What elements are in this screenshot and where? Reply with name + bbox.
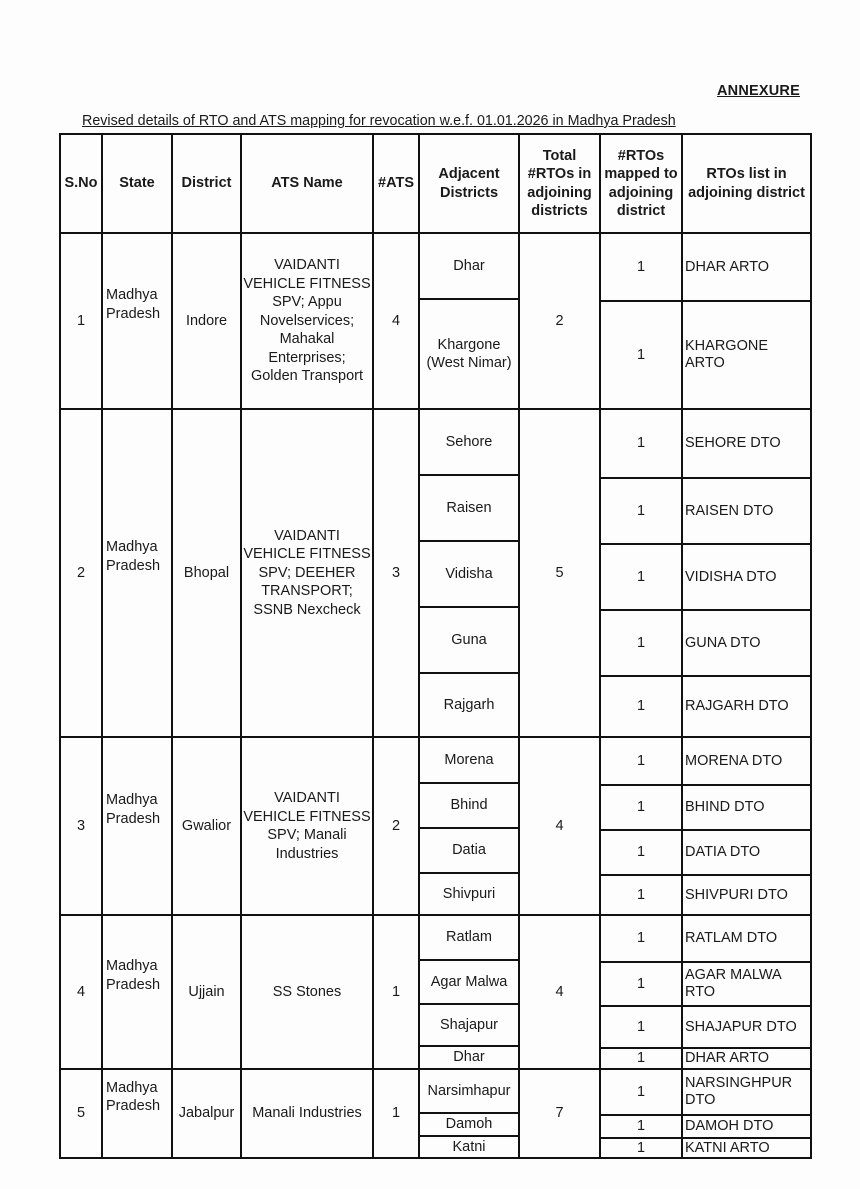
rto-list-entry: VIDISHA DTO xyxy=(683,545,810,609)
rto-list-entry-text: DHAR ARTO xyxy=(685,259,769,276)
table-rule xyxy=(171,133,173,1159)
rtos-mapped-count-text: 1 xyxy=(637,752,645,771)
table-rule xyxy=(418,298,520,300)
rtos-mapped-count-text: 1 xyxy=(637,843,645,862)
table-rule xyxy=(418,782,520,784)
table-rule xyxy=(599,477,812,479)
adjacent-district: Morena xyxy=(420,738,518,782)
rto-list-entry: MORENA DTO xyxy=(683,738,810,784)
row-total-rtos: 4 xyxy=(520,916,599,1068)
header-ats-count-text: #ATS xyxy=(378,174,414,193)
header-adjacent-districts: Adjacent Districts xyxy=(420,135,518,232)
adjacent-district: Damoh xyxy=(420,1114,518,1135)
rto-list-entry: BHIND DTO xyxy=(683,786,810,829)
rto-list-entry: KHARGONE ARTO xyxy=(683,302,810,408)
row-sno: 5 xyxy=(61,1070,101,1157)
table-rule xyxy=(599,1005,812,1007)
table-rule xyxy=(418,1003,520,1005)
row-state: Madhya Pradesh xyxy=(103,1070,171,1157)
table-rule xyxy=(418,827,520,829)
header-rtos-mapped-text: #RTOs mapped to adjoining district xyxy=(602,147,680,221)
rtos-mapped-count-text: 1 xyxy=(637,697,645,716)
adjacent-district-text: Raisen xyxy=(446,499,491,518)
rto-list-entry-text: GUNA DTO xyxy=(685,635,760,652)
row-ats-count: 3 xyxy=(374,410,418,736)
row-total-rtos: 5 xyxy=(520,410,599,736)
rtos-mapped-count-text: 1 xyxy=(637,1083,645,1102)
rto-list-entry: KATNI ARTO xyxy=(683,1139,810,1157)
row-ats-name: VAIDANTI VEHICLE FITNESS SPV; Manali Ind… xyxy=(242,738,372,914)
table-rule xyxy=(599,961,812,963)
adjacent-district: Khargone (West Nimar) xyxy=(420,300,518,408)
rtos-mapped-count: 1 xyxy=(601,1007,681,1047)
rto-list-entry-text: BHIND DTO xyxy=(685,799,765,816)
adjacent-district: Shajapur xyxy=(420,1005,518,1045)
adjacent-district: Ratlam xyxy=(420,916,518,959)
adjacent-district-text: Dhar xyxy=(453,1049,484,1066)
rtos-mapped-count: 1 xyxy=(601,786,681,829)
header-state: State xyxy=(103,135,171,232)
rto-list-entry-text: KHARGONE ARTO xyxy=(685,338,809,372)
table-rule xyxy=(599,829,812,831)
rto-list-entry-text: SHAJAPUR DTO xyxy=(685,1019,797,1036)
rtos-mapped-count-text: 1 xyxy=(637,975,645,994)
adjacent-district: Katni xyxy=(420,1137,518,1157)
row-sno-text: 4 xyxy=(77,983,85,1002)
table-rule xyxy=(599,1114,812,1116)
rto-list-entry: RAISEN DTO xyxy=(683,479,810,543)
adjacent-district-text: Datia xyxy=(452,841,486,860)
rtos-mapped-count: 1 xyxy=(601,1139,681,1157)
row-ats-name-text: VAIDANTI VEHICLE FITNESS SPV; Appu Novel… xyxy=(243,256,371,386)
row-district-text: Gwalior xyxy=(182,817,231,836)
row-ats-count: 2 xyxy=(374,738,418,914)
row-district: Bhopal xyxy=(173,410,240,736)
header-ats-count: #ATS xyxy=(374,135,418,232)
rto-list-entry: DAMOH DTO xyxy=(683,1116,810,1137)
table-rule xyxy=(599,543,812,545)
adjacent-district-text: Katni xyxy=(452,1139,485,1156)
rto-list-entry-text: KATNI ARTO xyxy=(685,1140,770,1157)
rto-list-entry-text: DHAR ARTO xyxy=(685,1050,769,1067)
row-ats-count: 1 xyxy=(374,916,418,1068)
adjacent-district-text: Agar Malwa xyxy=(431,973,508,992)
rtos-mapped-count: 1 xyxy=(601,831,681,874)
rtos-mapped-count: 1 xyxy=(601,677,681,736)
table-rule xyxy=(599,1137,812,1139)
row-district: Jabalpur xyxy=(173,1070,240,1157)
adjacent-district-text: Guna xyxy=(451,631,486,650)
rto-list-entry-text: SEHORE DTO xyxy=(685,435,781,452)
adjacent-district: Narsimhapur xyxy=(420,1070,518,1112)
rtos-mapped-count: 1 xyxy=(601,876,681,914)
table-rule xyxy=(418,133,420,1159)
rtos-mapped-count: 1 xyxy=(601,963,681,1005)
rto-list-entry: AGAR MALWA RTO xyxy=(683,963,810,1005)
header-adjacent-districts-text: Adjacent Districts xyxy=(421,165,517,202)
row-state-text: Madhya Pradesh xyxy=(106,286,170,323)
rto-list-entry-text: RATLAM DTO xyxy=(685,930,777,947)
row-district: Gwalior xyxy=(173,738,240,914)
row-total-rtos-text: 4 xyxy=(555,817,563,836)
table-rule xyxy=(599,1047,812,1049)
row-sno: 2 xyxy=(61,410,101,736)
table-rule xyxy=(810,133,812,1159)
adjacent-district-text: Damoh xyxy=(446,1116,493,1133)
rtos-mapped-count-text: 1 xyxy=(637,1118,645,1135)
rto-list-entry: SHIVPURI DTO xyxy=(683,876,810,914)
table-rule xyxy=(418,959,520,961)
header-rto-list-text: RTOs list in adjoining district xyxy=(684,165,809,202)
table-rule xyxy=(418,1112,520,1114)
row-ats-name: Manali Industries xyxy=(242,1070,372,1157)
row-state: Madhya Pradesh xyxy=(103,234,171,408)
adjacent-district: Bhind xyxy=(420,784,518,827)
header-rto-list: RTOs list in adjoining district xyxy=(683,135,810,232)
row-ats-name-text: SS Stones xyxy=(273,983,342,1002)
rtos-mapped-count-text: 1 xyxy=(637,1018,645,1037)
table-rule xyxy=(599,609,812,611)
table-rule xyxy=(681,133,683,1159)
rtos-mapped-count: 1 xyxy=(601,1116,681,1137)
table-rule xyxy=(240,133,242,1159)
table-rule xyxy=(418,1045,520,1047)
row-state: Madhya Pradesh xyxy=(103,410,171,736)
table-rule xyxy=(418,872,520,874)
row-district: Indore xyxy=(173,234,240,408)
row-district-text: Ujjain xyxy=(188,983,224,1002)
row-ats-name-text: VAIDANTI VEHICLE FITNESS SPV; DEEHER TRA… xyxy=(243,527,371,620)
row-total-rtos: 7 xyxy=(520,1070,599,1157)
row-ats-name: VAIDANTI VEHICLE FITNESS SPV; DEEHER TRA… xyxy=(242,410,372,736)
rto-list-entry: SHAJAPUR DTO xyxy=(683,1007,810,1047)
table-rule xyxy=(418,672,520,674)
rto-list-entry-text: RAJGARH DTO xyxy=(685,698,789,715)
table-rule xyxy=(599,300,812,302)
table-rule xyxy=(101,133,103,1159)
row-ats-name: VAIDANTI VEHICLE FITNESS SPV; Appu Novel… xyxy=(242,234,372,408)
rtos-mapped-count-text: 1 xyxy=(637,346,645,365)
row-ats-count-text: 1 xyxy=(392,983,400,1002)
adjacent-district-text: Dhar xyxy=(453,257,484,276)
row-ats-count: 1 xyxy=(374,1070,418,1157)
table-rule xyxy=(418,474,520,476)
row-total-rtos: 2 xyxy=(520,234,599,408)
row-district-text: Jabalpur xyxy=(179,1104,235,1123)
rto-list-entry-text: DATIA DTO xyxy=(685,844,760,861)
header-total-rtos: Total #RTOs in adjoining districts xyxy=(520,135,599,232)
table-rule xyxy=(599,784,812,786)
rto-list-entry: RATLAM DTO xyxy=(683,916,810,961)
header-ats-name: ATS Name xyxy=(242,135,372,232)
adjacent-district: Sehore xyxy=(420,410,518,474)
rto-list-entry: DHAR ARTO xyxy=(683,234,810,300)
row-ats-count-text: 2 xyxy=(392,817,400,836)
row-state: Madhya Pradesh xyxy=(103,738,171,914)
row-ats-name-text: VAIDANTI VEHICLE FITNESS SPV; Manali Ind… xyxy=(243,789,371,863)
table-rule xyxy=(599,874,812,876)
header-state-text: State xyxy=(119,174,154,193)
row-ats-count-text: 4 xyxy=(392,312,400,331)
row-sno: 4 xyxy=(61,916,101,1068)
rto-list-entry: RAJGARH DTO xyxy=(683,677,810,736)
row-sno-text: 2 xyxy=(77,564,85,583)
adjacent-district-text: Shivpuri xyxy=(443,885,495,904)
header-district-text: District xyxy=(182,174,232,193)
row-total-rtos-text: 7 xyxy=(555,1104,563,1123)
rto-list-entry-text: VIDISHA DTO xyxy=(685,569,777,586)
row-ats-count-text: 3 xyxy=(392,564,400,583)
rtos-mapped-count: 1 xyxy=(601,302,681,408)
adjacent-district-text: Khargone (West Nimar) xyxy=(421,336,517,373)
table-rule xyxy=(518,133,520,1159)
rtos-mapped-count-text: 1 xyxy=(637,929,645,948)
rto-list-entry-text: RAISEN DTO xyxy=(685,503,773,520)
row-state-text: Madhya Pradesh xyxy=(106,957,170,994)
table-rule xyxy=(418,606,520,608)
rtos-mapped-count: 1 xyxy=(601,1070,681,1114)
adjacent-district: Raisen xyxy=(420,476,518,540)
rtos-mapped-count-text: 1 xyxy=(637,434,645,453)
rto-list-entry-text: MORENA DTO xyxy=(685,753,782,770)
row-ats-name-text: Manali Industries xyxy=(252,1104,362,1123)
row-ats-count: 4 xyxy=(374,234,418,408)
adjacent-district: Datia xyxy=(420,829,518,872)
rtos-mapped-count: 1 xyxy=(601,611,681,675)
rto-list-entry: GUNA DTO xyxy=(683,611,810,675)
rto-list-entry-text: NARSINGHPUR DTO xyxy=(685,1075,809,1109)
rto-list-entry: DATIA DTO xyxy=(683,831,810,874)
rtos-mapped-count-text: 1 xyxy=(637,634,645,653)
row-district-text: Bhopal xyxy=(184,564,229,583)
rtos-mapped-count-text: 1 xyxy=(637,502,645,521)
rtos-mapped-count-text: 1 xyxy=(637,1140,645,1157)
row-sno-text: 5 xyxy=(77,1104,85,1123)
rtos-mapped-count: 1 xyxy=(601,410,681,477)
adjacent-district: Rajgarh xyxy=(420,674,518,736)
rtos-mapped-count-text: 1 xyxy=(637,798,645,817)
rtos-mapped-count: 1 xyxy=(601,545,681,609)
adjacent-district: Vidisha xyxy=(420,542,518,606)
row-sno-text: 1 xyxy=(77,312,85,331)
row-total-rtos: 4 xyxy=(520,738,599,914)
row-sno-text: 3 xyxy=(77,817,85,836)
adjacent-district-text: Vidisha xyxy=(445,565,492,584)
row-sno: 3 xyxy=(61,738,101,914)
rto-list-entry-text: AGAR MALWA RTO xyxy=(685,967,809,1001)
rto-list-entry-text: DAMOH DTO xyxy=(685,1118,773,1135)
header-sno-text: S.No xyxy=(64,174,97,193)
row-sno: 1 xyxy=(61,234,101,408)
adjacent-district-text: Sehore xyxy=(446,433,493,452)
adjacent-district-text: Rajgarh xyxy=(444,696,495,715)
adjacent-district-text: Bhind xyxy=(450,796,487,815)
adjacent-district: Shivpuri xyxy=(420,874,518,914)
row-total-rtos-text: 4 xyxy=(555,983,563,1002)
header-sno: S.No xyxy=(61,135,101,232)
row-ats-name: SS Stones xyxy=(242,916,372,1068)
rto-ats-mapping-table: S.NoStateDistrictATS Name#ATSAdjacent Di… xyxy=(0,0,860,1189)
table-rule xyxy=(599,675,812,677)
row-state-text: Madhya Pradesh xyxy=(106,538,170,575)
rtos-mapped-count: 1 xyxy=(601,234,681,300)
rto-list-entry: DHAR ARTO xyxy=(683,1049,810,1068)
rtos-mapped-count: 1 xyxy=(601,1049,681,1068)
rtos-mapped-count-text: 1 xyxy=(637,886,645,905)
rtos-mapped-count: 1 xyxy=(601,479,681,543)
adjacent-district-text: Ratlam xyxy=(446,928,492,947)
adjacent-district: Dhar xyxy=(420,1047,518,1068)
row-state-text: Madhya Pradesh xyxy=(106,791,170,828)
rto-list-entry: NARSINGHPUR DTO xyxy=(683,1070,810,1114)
row-total-rtos-text: 5 xyxy=(555,564,563,583)
row-district: Ujjain xyxy=(173,916,240,1068)
table-rule xyxy=(599,133,601,1159)
header-rtos-mapped: #RTOs mapped to adjoining district xyxy=(601,135,681,232)
row-district-text: Indore xyxy=(186,312,227,331)
adjacent-district-text: Morena xyxy=(444,751,493,770)
table-rule xyxy=(372,133,374,1159)
table-rule xyxy=(418,1135,520,1137)
adjacent-district: Guna xyxy=(420,608,518,672)
adjacent-district: Agar Malwa xyxy=(420,961,518,1003)
rto-list-entry-text: SHIVPURI DTO xyxy=(685,887,788,904)
rtos-mapped-count-text: 1 xyxy=(637,568,645,587)
header-total-rtos-text: Total #RTOs in adjoining districts xyxy=(521,147,598,221)
rtos-mapped-count-text: 1 xyxy=(637,258,645,277)
row-total-rtos-text: 2 xyxy=(555,312,563,331)
adjacent-district-text: Narsimhapur xyxy=(428,1082,511,1101)
rtos-mapped-count: 1 xyxy=(601,916,681,961)
header-district: District xyxy=(173,135,240,232)
adjacent-district-text: Shajapur xyxy=(440,1016,498,1035)
adjacent-district: Dhar xyxy=(420,234,518,298)
rtos-mapped-count-text: 1 xyxy=(637,1050,645,1067)
table-rule xyxy=(418,540,520,542)
row-state: Madhya Pradesh xyxy=(103,916,171,1068)
rtos-mapped-count: 1 xyxy=(601,738,681,784)
table-rule xyxy=(59,133,61,1159)
header-ats-name-text: ATS Name xyxy=(271,174,342,193)
row-state-text: Madhya Pradesh xyxy=(106,1079,170,1116)
rto-list-entry: SEHORE DTO xyxy=(683,410,810,477)
row-ats-count-text: 1 xyxy=(392,1104,400,1123)
